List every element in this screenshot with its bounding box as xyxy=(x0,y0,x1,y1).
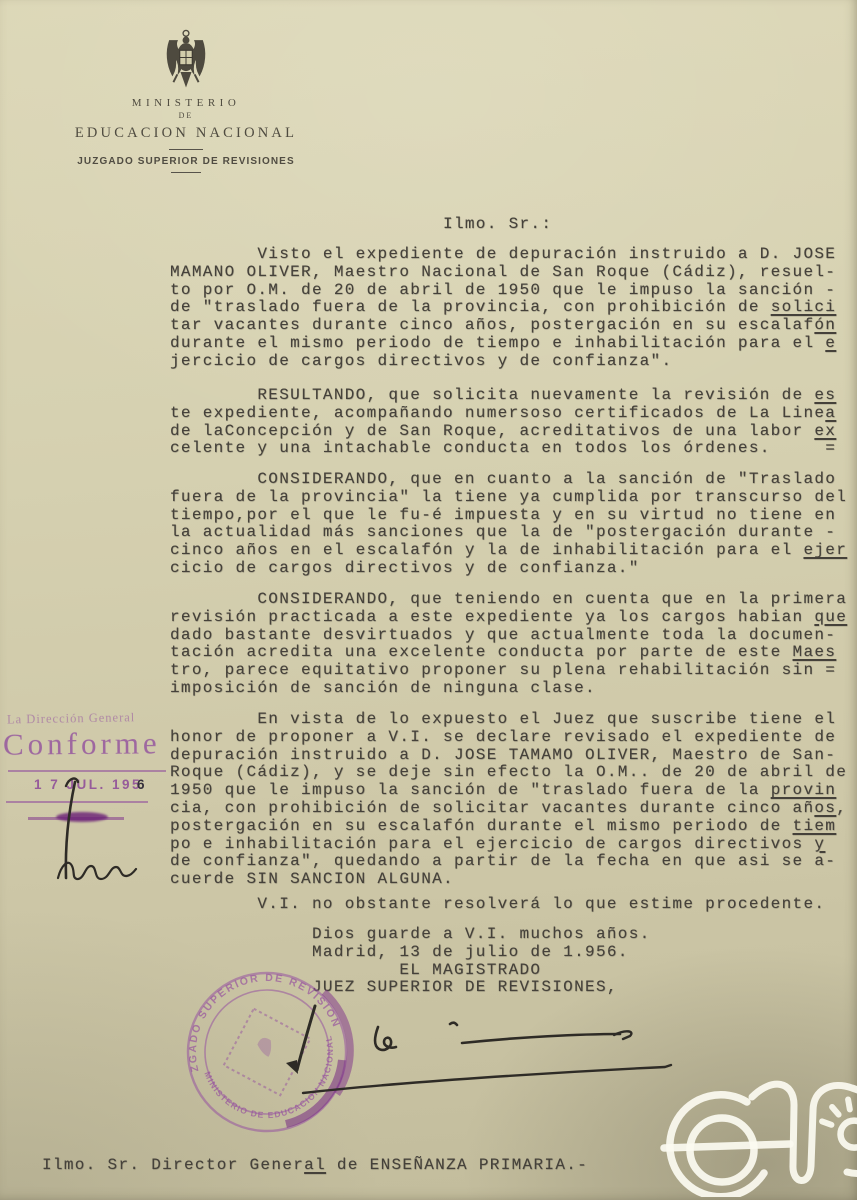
text-line: jercicio de cargos directivos y de confi… xyxy=(170,353,836,371)
text-line: to por O.M. de 20 de abril de 1950 que l… xyxy=(170,282,836,300)
text-line: V.I. no obstante resolverá lo que estime… xyxy=(170,896,825,914)
text-line: tación acredita una excelente conducta p… xyxy=(170,644,847,662)
conforme-stamp: La Dirección General Conforme 1 7 JUL. 1… xyxy=(2,706,192,906)
approval-signature-scribble xyxy=(2,706,192,906)
eagle-crest-icon xyxy=(162,28,210,88)
seal-center-emblem xyxy=(256,1036,275,1059)
ministry-line: MINISTERIO xyxy=(73,97,299,109)
paragraph-resultando: RESULTANDO, que solicita nuevamente la r… xyxy=(170,387,836,458)
text-line: Ilmo. Sr.: xyxy=(170,216,552,234)
document-page: MINISTERIO DE EDUCACION NACIONAL JUZGADO… xyxy=(0,0,857,1200)
text-line: Visto el expediente de depuración instru… xyxy=(170,246,836,264)
text-line: Dios guarde a V.I. muchos años. xyxy=(170,926,651,944)
text-line: de "traslado fuera de la provincia, con … xyxy=(170,299,836,317)
paragraph-vi: V.I. no obstante resolverá lo que estime… xyxy=(170,896,825,914)
text-line: imposición de sanción de ninguna clase. xyxy=(170,680,847,698)
text-line: cicio de cargos directivos y de confianz… xyxy=(170,560,847,578)
ministry-de: DE xyxy=(73,111,299,120)
letterhead-divider xyxy=(171,172,201,173)
text-line: revisión practicada a este expediente ya… xyxy=(170,609,847,627)
text-line: de confianza", quedando a partir de la f… xyxy=(170,853,847,871)
text-line: dado bastante desvirtuados y que actualm… xyxy=(170,627,847,645)
text-line: tro, parece equitativo proponer su plena… xyxy=(170,662,847,680)
paragraph-visto: Visto el expediente de depuración instru… xyxy=(170,246,836,371)
text-line: CONSIDERANDO, que en cuanto a la sanción… xyxy=(170,471,847,489)
text-line: depuración instruido a D. JOSE TAMAMO OL… xyxy=(170,747,847,765)
text-line: po e inhabilitación para el ejercicio de… xyxy=(170,836,847,854)
text-line: RESULTANDO, que solicita nuevamente la r… xyxy=(170,387,836,405)
text-line: fuera de la provincia" la tiene ya cumpl… xyxy=(170,489,847,507)
paragraph-considerando-1: CONSIDERANDO, que en cuanto a la sanción… xyxy=(170,471,847,578)
addressee-line: Ilmo. Sr. Director General de ENSEÑANZA … xyxy=(42,1157,588,1175)
paragraph-en-vista: En vista de lo expuesto el Juez que susc… xyxy=(170,711,847,889)
text-line: cuerde SIN SANCION ALGUNA. xyxy=(170,871,847,889)
text-line: celente y una intachable conducta en tod… xyxy=(170,440,836,458)
text-line: postergación en su escalafón durante el … xyxy=(170,818,847,836)
text-line: Roque (Cádiz), y se deje sin efecto la O… xyxy=(170,764,847,782)
text-line: honor de proponer a V.I. se declare revi… xyxy=(170,729,847,747)
department-name: JUZGADO SUPERIOR DE REVISIONES xyxy=(73,156,299,167)
paragraph-considerando-2: CONSIDERANDO, que teniendo en cuenta que… xyxy=(170,591,847,698)
salutation: Ilmo. Sr.: xyxy=(170,216,552,234)
letterhead: MINISTERIO DE EDUCACION NACIONAL JUZGADO… xyxy=(73,28,299,173)
text-line: CONSIDERANDO, que teniendo en cuenta que… xyxy=(170,591,847,609)
text-line: En vista de lo expuesto el Juez que susc… xyxy=(170,711,847,729)
text-line: la actualidad más sanciones que la de "p… xyxy=(170,524,847,542)
text-line: Ilmo. Sr. Director General de ENSEÑANZA … xyxy=(42,1157,588,1175)
letterhead-divider xyxy=(169,149,203,150)
text-line: cia, con prohibición de solicitar vacant… xyxy=(170,800,847,818)
text-line: cinco años en el escalafón y la de inhab… xyxy=(170,542,847,560)
text-line: tiempo,por el que le fu-é impuesta y en … xyxy=(170,507,847,525)
text-line: de laConcepción y de San Roque, acredita… xyxy=(170,423,836,441)
text-line: 1950 que le impuso la sanción de "trasla… xyxy=(170,782,847,800)
text-line: te expediente, acompañando numersoso cer… xyxy=(170,405,836,423)
text-line: durante el mismo periodo de tiempo e inh… xyxy=(170,335,836,353)
text-line: tar vacantes durante cinco años, posterg… xyxy=(170,317,836,335)
text-line: MAMANO OLIVER, Maestro Nacional de San R… xyxy=(170,264,836,282)
archive-watermark-logo xyxy=(652,1075,857,1197)
ministry-name: EDUCACION NACIONAL xyxy=(73,125,299,142)
magistrate-signature xyxy=(280,990,680,1110)
text-line: Madrid, 13 de julio de 1.956. xyxy=(170,944,651,962)
